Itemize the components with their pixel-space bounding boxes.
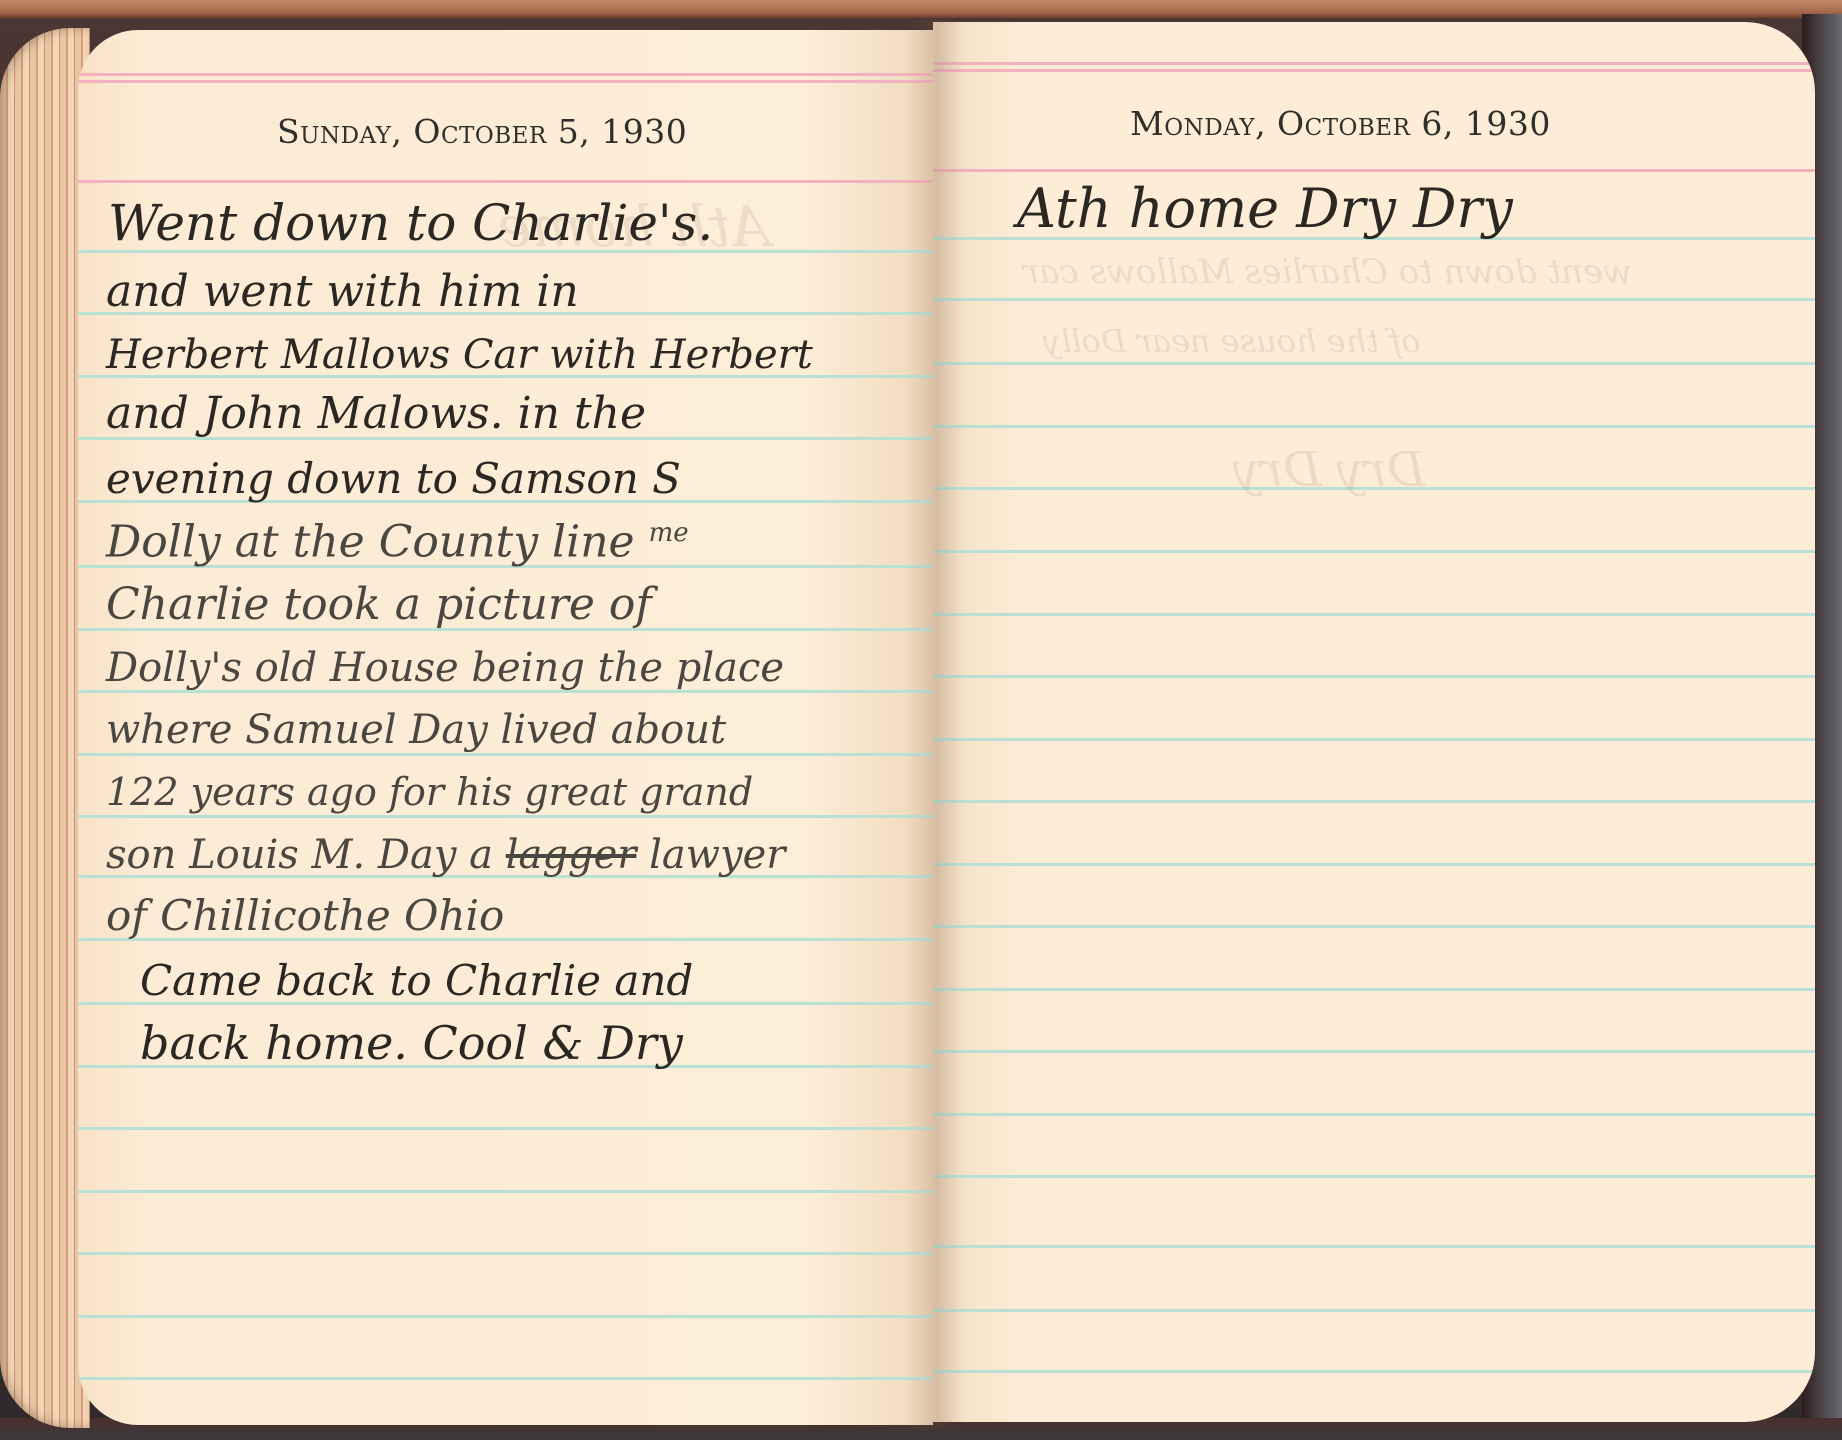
entry-line: Dolly at the County line me [106,520,689,565]
blue-rule [933,1113,1815,1116]
blue-rule [933,1050,1815,1053]
blue-rule [933,425,1815,428]
blue-rule [933,298,1815,301]
struck-word: lagger [506,832,637,878]
entry-line: evening down to Samson S [106,458,681,500]
blue-rule [78,815,933,818]
blue-rule [933,550,1815,553]
blue-rule [78,1315,933,1318]
entry-line: and went with him in [106,270,579,314]
bleed-through: went down to Charlies Mallows car [1023,252,1632,292]
blue-rule [933,675,1815,678]
header-pink-rule [78,180,933,183]
entry-line: Ath home Dry Dry [1017,182,1513,236]
blue-rule [933,613,1815,616]
right-page: Monday, October 6, 1930 went down to Cha… [933,22,1815,1422]
blue-rule [933,863,1815,866]
entry-line: son Louis M. Day a lagger lawyer [106,835,785,875]
bleed-through: of the house near Dolly [1043,322,1420,360]
blue-rule [78,1127,933,1130]
blue-rule [78,753,933,756]
blue-rule [933,738,1815,741]
header-pink-rule [933,169,1815,172]
book-cover-top [0,0,1842,18]
entry-line: and John Malows. in the [106,392,646,436]
left-page: Sunday, October 5, 1930 Ath home Went do… [78,30,933,1425]
top-pink-rule [933,69,1815,72]
top-pink-rule [78,80,933,83]
top-pink-rule [78,73,933,76]
entry-line: Dolly's old House being the place [106,648,784,688]
blue-rule [933,988,1815,991]
entry-line: Herbert Mallows Car with Herbert [106,335,813,375]
blue-rule [933,1175,1815,1178]
entry-line: Went down to Charlie's. [108,198,713,248]
entry-text: Dolly at the County line [106,517,635,568]
page-stack-edges [0,28,90,1428]
entry-text: lawyer [649,832,785,878]
entry-line: of Chillicothe Ohio [106,895,504,937]
entry-line: where Samuel Day lived about [106,710,726,750]
blue-rule [78,1190,933,1193]
entry-text: son Louis M. Day a [106,832,493,878]
blue-rule [78,1377,933,1380]
blue-rule [933,362,1815,365]
entry-line: Came back to Charlie and [140,960,693,1002]
entry-line: back home. Cool & Dry [140,1020,683,1066]
blue-rule [933,925,1815,928]
diary-scan: Sunday, October 5, 1930 Ath home Went do… [0,0,1842,1440]
blue-rule [933,1245,1815,1248]
blue-rule [933,800,1815,803]
blue-rule [933,1309,1815,1312]
entry-line: Charlie took a picture of [106,583,652,627]
top-pink-rule [933,62,1815,65]
entry-line: 122 years ago for his great grand [106,773,753,811]
blue-rule [933,1370,1815,1373]
blue-rule [78,1252,933,1255]
bleed-through: Dry Dry [1233,442,1425,498]
date-header: Monday, October 6, 1930 [1130,104,1551,143]
date-header: Sunday, October 5, 1930 [277,112,687,151]
superscript-note: me [649,518,689,548]
